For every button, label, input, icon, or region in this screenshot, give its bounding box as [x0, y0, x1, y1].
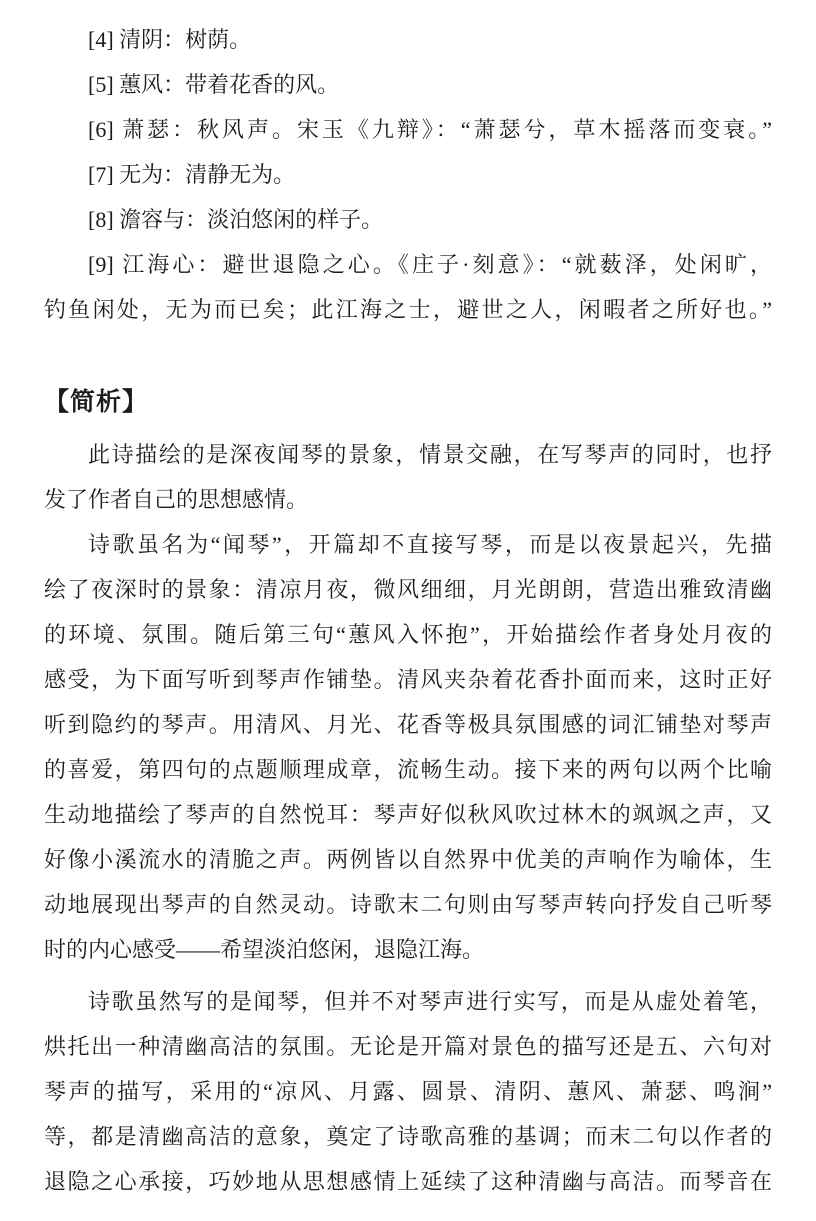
analysis-paragraph: 此诗描绘的是深夜闻琴的景象，情景交融，在写琴声的同时，也抒发了作者自己的思想感情…	[44, 432, 772, 522]
annotation-line: [5] 蕙风：带着花香的风。	[44, 62, 772, 107]
analysis-line: 的环境、氛围。随后第三句“蕙风入怀抱”，开始描绘作者身处月夜的	[44, 612, 772, 657]
analysis-line: 听到隐约的琴声。用清风、月光、花香等极具氛围感的词汇铺垫对琴声	[44, 702, 772, 747]
analysis-line: 绘了夜深时的景象：清凉月夜，微风细细，月光朗朗，营造出雅致清幽	[44, 567, 772, 612]
analysis-line: 发了作者自己的思想感情。	[44, 477, 772, 522]
annotation-line: [9] 江海心：避世退隐之心。《庄子·刻意》：“就薮泽，处闲旷，	[44, 242, 772, 287]
analysis-line: 时的内心感受——希望淡泊悠闲，退隐江海。	[44, 927, 772, 972]
analysis-line: 感受，为下面写听到琴声作铺垫。清风夹杂着花香扑面而来，这时正好	[44, 657, 772, 702]
annotation-item: [5] 蕙风：带着花香的风。	[44, 62, 772, 107]
analysis-line: 诗歌虽名为“闻琴”，开篇却不直接写琴，而是以夜景起兴，先描	[44, 522, 772, 567]
analysis-heading: 【简析】	[44, 380, 772, 425]
annotation-line: [6] 萧瑟：秋风声。宋玉《九辩》：“萧瑟兮，草木摇落而变衰。”	[44, 107, 772, 152]
analysis-line: 此诗描绘的是深夜闻琴的景象，情景交融，在写琴声的同时，也抒	[44, 432, 772, 477]
analysis-line: 烘托出一种清幽高洁的氛围。无论是开篇对景色的描写还是五、六句对	[44, 1024, 772, 1069]
annotation-item: [7] 无为：清静无为。	[44, 152, 772, 197]
analysis-paragraph: 诗歌虽然写的是闻琴，但并不对琴声进行实写，而是从虚处着笔，烘托出一种清幽高洁的氛…	[44, 979, 772, 1204]
analysis-paragraph: 诗歌虽名为“闻琴”，开篇却不直接写琴，而是以夜景起兴，先描绘了夜深时的景象：清凉…	[44, 522, 772, 972]
annotation-line: [8] 澹容与：淡泊悠闲的样子。	[44, 197, 772, 242]
analysis-line: 好像小溪流水的清脆之声。两例皆以自然界中优美的声响作为喻体，生	[44, 837, 772, 882]
analysis-section: 此诗描绘的是深夜闻琴的景象，情景交融，在写琴声的同时，也抒发了作者自己的思想感情…	[44, 432, 772, 1204]
annotation-item: [6] 萧瑟：秋风声。宋玉《九辩》：“萧瑟兮，草木摇落而变衰。”	[44, 107, 772, 152]
annotation-line: 钓鱼闲处，无为而已矣；此江海之士，避世之人，闲暇者之所好也。”	[44, 287, 772, 332]
analysis-line: 诗歌虽然写的是闻琴，但并不对琴声进行实写，而是从虚处着笔，	[44, 979, 772, 1024]
annotation-item: [9] 江海心：避世退隐之心。《庄子·刻意》：“就薮泽，处闲旷，钓鱼闲处，无为而…	[44, 242, 772, 332]
analysis-line: 生动地描绘了琴声的自然悦耳：琴声好似秋风吹过林木的飒飒之声，又	[44, 792, 772, 837]
annotation-line: [7] 无为：清静无为。	[44, 152, 772, 197]
analysis-line: 动地展现出琴声的自然灵动。诗歌末二句则由写琴声转向抒发自己听琴	[44, 882, 772, 927]
analysis-line: 的喜爱，第四句的点题顺理成章，流畅生动。接下来的两句以两个比喻	[44, 747, 772, 792]
annotation-item: [4] 清阴：树荫。	[44, 17, 772, 62]
analysis-line: 琴声的描写，采用的“凉风、月露、圆景、清阴、蕙风、萧瑟、鸣涧”	[44, 1069, 772, 1114]
analysis-line: 退隐之心承接，巧妙地从思想感情上延续了这种清幽与高洁。而琴音在	[44, 1159, 772, 1204]
annotation-item: [8] 澹容与：淡泊悠闲的样子。	[44, 197, 772, 242]
annotations-section: [4] 清阴：树荫。[5] 蕙风：带着花香的风。[6] 萧瑟：秋风声。宋玉《九辩…	[44, 17, 772, 332]
document-page: [4] 清阴：树荫。[5] 蕙风：带着花香的风。[6] 萧瑟：秋风声。宋玉《九辩…	[0, 0, 816, 1221]
analysis-line: 等，都是清幽高洁的意象，奠定了诗歌高雅的基调；而末二句以作者的	[44, 1114, 772, 1159]
annotation-line: [4] 清阴：树荫。	[44, 17, 772, 62]
